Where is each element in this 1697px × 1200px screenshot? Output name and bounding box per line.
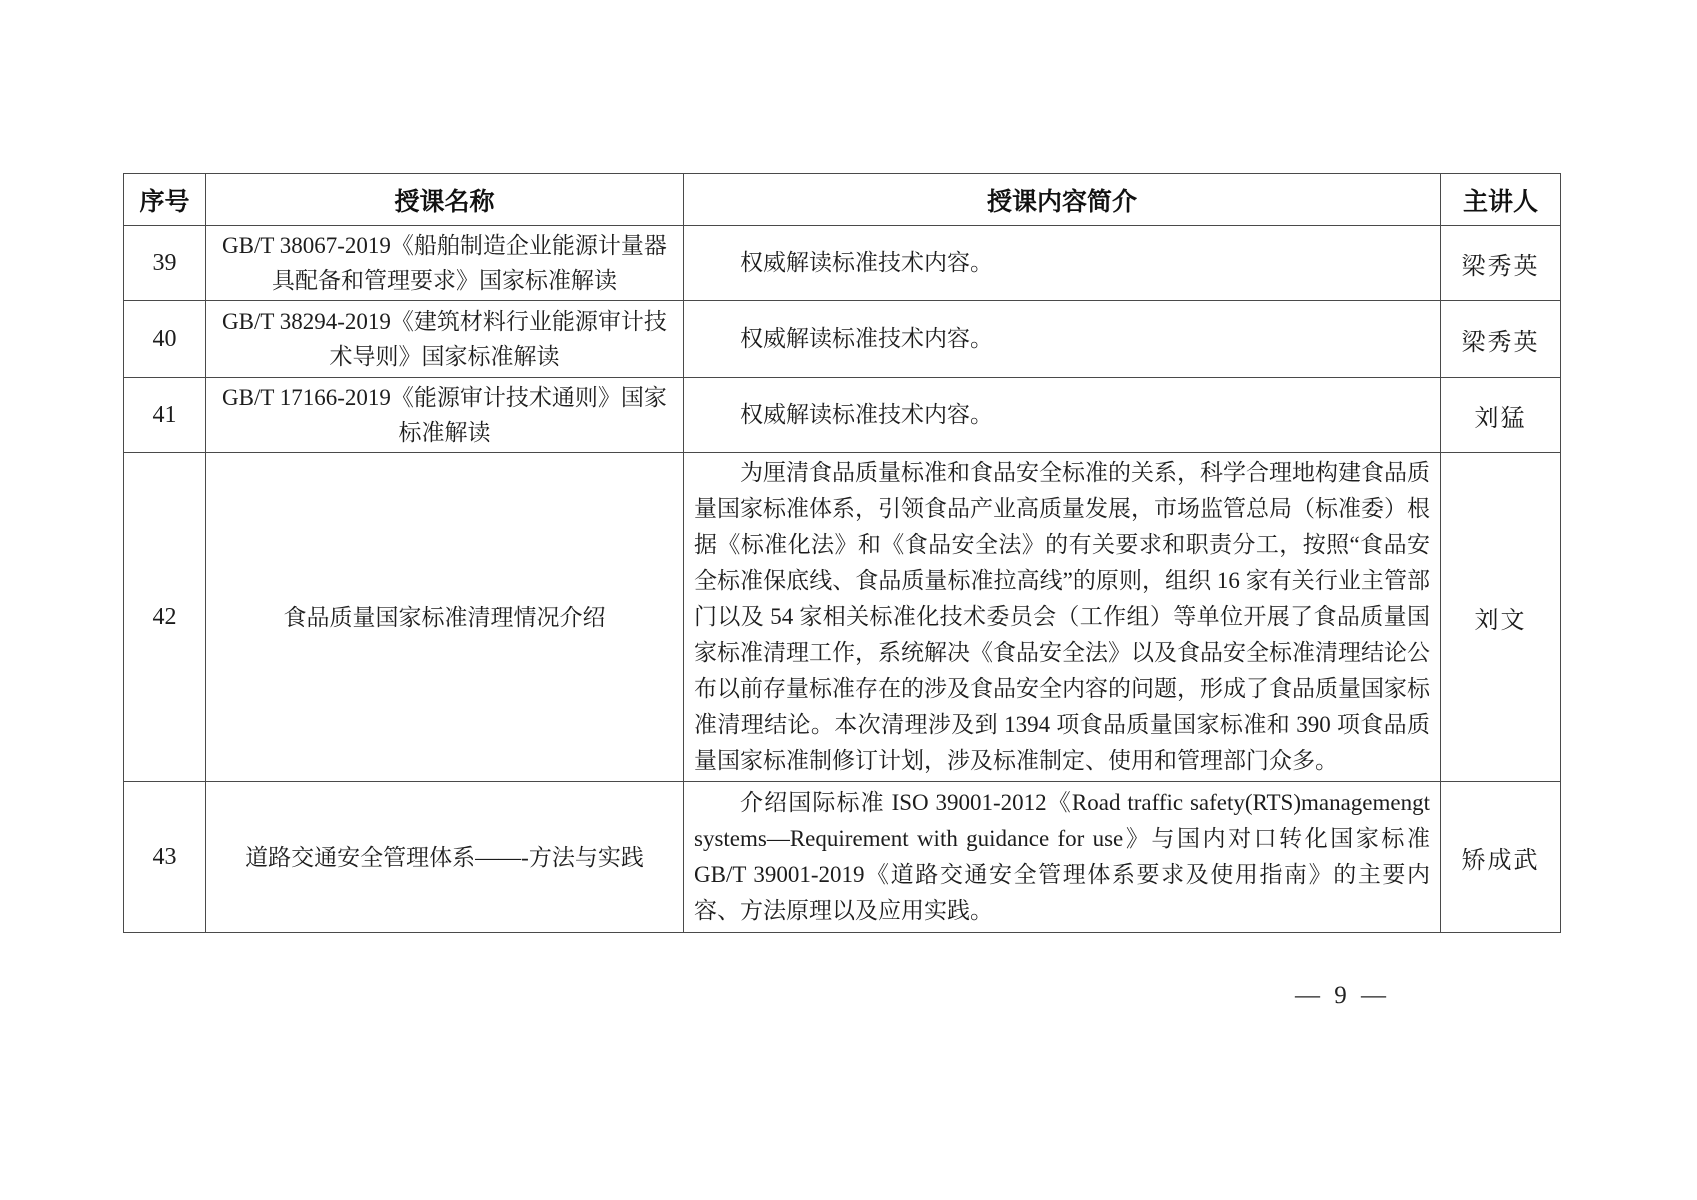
table-row: 42食品质量国家标准清理情况介绍为厘清食品质量标准和食品安全标准的关系，科学合理…: [124, 453, 1561, 782]
header-lecturer: 主讲人: [1441, 174, 1561, 226]
table-row: 43道路交通安全管理体系——-方法与实践介绍国际标准 ISO 39001-201…: [124, 782, 1561, 933]
document-page: 序号 授课名称 授课内容简介 主讲人 39GB/T 38067-2019《船舶制…: [0, 0, 1697, 1200]
lecturer-name: 梁秀英: [1441, 226, 1561, 301]
course-intro: 权威解读标准技术内容。: [684, 378, 1441, 453]
course-name: GB/T 38067-2019《船舶制造企业能源计量器具配备和管理要求》国家标准…: [206, 226, 684, 301]
lecturer-name: 刘猛: [1441, 378, 1561, 453]
page-number: — 9 —: [1295, 982, 1390, 1010]
lecturer-name: 梁秀英: [1441, 301, 1561, 378]
course-intro: 权威解读标准技术内容。: [684, 226, 1441, 301]
course-intro: 为厘清食品质量标准和食品安全标准的关系，科学合理地构建食品质量国家标准体系，引领…: [684, 453, 1441, 782]
header-index: 序号: [124, 174, 206, 226]
table-body: 39GB/T 38067-2019《船舶制造企业能源计量器具配备和管理要求》国家…: [124, 226, 1561, 933]
lecturer-name: 刘文: [1441, 453, 1561, 782]
row-index: 42: [124, 453, 206, 782]
row-index: 41: [124, 378, 206, 453]
course-name: 道路交通安全管理体系——-方法与实践: [206, 782, 684, 933]
lecturer-name: 矫成武: [1441, 782, 1561, 933]
course-name: 食品质量国家标准清理情况介绍: [206, 453, 684, 782]
header-course-intro: 授课内容简介: [684, 174, 1441, 226]
course-name: GB/T 17166-2019《能源审计技术通则》国家标准解读: [206, 378, 684, 453]
table-row: 40GB/T 38294-2019《建筑材料行业能源审计技术导则》国家标准解读权…: [124, 301, 1561, 378]
row-index: 40: [124, 301, 206, 378]
row-index: 43: [124, 782, 206, 933]
header-course-name: 授课名称: [206, 174, 684, 226]
course-intro: 权威解读标准技术内容。: [684, 301, 1441, 378]
table-row: 39GB/T 38067-2019《船舶制造企业能源计量器具配备和管理要求》国家…: [124, 226, 1561, 301]
row-index: 39: [124, 226, 206, 301]
course-table: 序号 授课名称 授课内容简介 主讲人 39GB/T 38067-2019《船舶制…: [123, 173, 1561, 933]
table-row: 41GB/T 17166-2019《能源审计技术通则》国家标准解读权威解读标准技…: [124, 378, 1561, 453]
header-row: 序号 授课名称 授课内容简介 主讲人: [124, 174, 1561, 226]
course-name: GB/T 38294-2019《建筑材料行业能源审计技术导则》国家标准解读: [206, 301, 684, 378]
course-intro: 介绍国际标准 ISO 39001-2012《Road traffic safet…: [684, 782, 1441, 933]
